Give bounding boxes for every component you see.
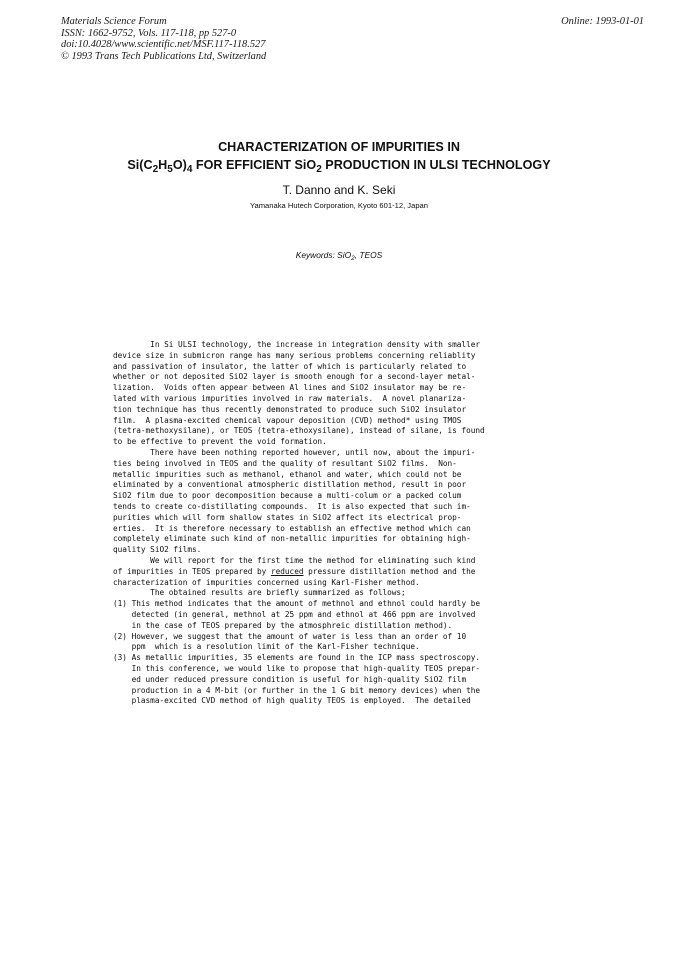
body-line: quality SiO2 films. (113, 545, 613, 556)
issn-line: ISSN: 1662-9752, Vols. 117-118, pp 527-0 (61, 28, 266, 40)
doi-line: doi:10.4028/www.scientific.net/MSF.117-1… (61, 39, 266, 51)
body-line: characterization of impurities concerned… (113, 578, 613, 589)
body-line: lization. Voids often appear between Al … (113, 383, 613, 394)
online-date: Online: 1993-01-01 (561, 16, 644, 28)
title-fragment: O) (173, 158, 187, 172)
body-line: production in a 4 M-bit (or further in t… (113, 686, 613, 697)
title-fragment: H (158, 158, 167, 172)
body-line: (3) As metallic impurities, 35 elements … (113, 653, 613, 664)
body-line: ed under reduced pressure condition is u… (113, 675, 613, 686)
authors: T. Danno and K. Seki (0, 183, 678, 197)
body-line: In this conference, we would like to pro… (113, 664, 613, 675)
journal-name: Materials Science Forum (61, 16, 266, 28)
body-line: ppm which is a resolution limit of the K… (113, 642, 613, 653)
body-line: SiO2 film due to poor decomposition beca… (113, 491, 613, 502)
title-fragment: Si(C (127, 158, 152, 172)
keywords-text: , TEOS (355, 250, 382, 260)
body-line: of impurities in TEOS prepared by reduce… (113, 567, 613, 578)
title-line-2: Si(C2H5O)4 FOR EFFICIENT SiO2 PRODUCTION… (0, 158, 678, 173)
body-line: erties. It is therefore necessary to est… (113, 524, 613, 535)
keywords: Keywords: SiO2, TEOS (0, 250, 678, 261)
body-line: in the case of TEOS prepared by the atmo… (113, 621, 613, 632)
paper-title: CHARACTERIZATION OF IMPURITIES IN Si(C2H… (0, 140, 678, 173)
underlined-word: reduced (271, 567, 304, 576)
body-line: purities which will form shallow states … (113, 513, 613, 524)
body-line: tion technique has thus recently demonst… (113, 405, 613, 416)
body-line: eliminated by a conventional atmospheric… (113, 480, 613, 491)
body-line: lated with various impurities involved i… (113, 394, 613, 405)
body-line: tends to create co-distillating compound… (113, 502, 613, 513)
body-line: In Si ULSI technology, the increase in i… (113, 340, 613, 351)
affiliation: Yamanaka Hutech Corporation, Kyoto 601-1… (0, 201, 678, 211)
body-line: plasma-excited CVD method of high qualit… (113, 696, 613, 707)
copyright-line: © 1993 Trans Tech Publications Ltd, Swit… (61, 51, 266, 63)
body-line: The obtained results are briefly summari… (113, 588, 613, 599)
body-line: ties being involved in TEOS and the qual… (113, 459, 613, 470)
citation-header: Materials Science Forum ISSN: 1662-9752,… (61, 16, 266, 62)
body-line: and passivation of insulator, the latter… (113, 362, 613, 373)
body-line: film. A plasma-excited chemical vapour d… (113, 416, 613, 427)
body-line: There have been nothing reported however… (113, 448, 613, 459)
body-line: completely eliminate such kind of non-me… (113, 534, 613, 545)
body-line: (tetra-methoxysilane), or TEOS (tetra-et… (113, 426, 613, 437)
body-line: whether or not deposited SiO2 layer is s… (113, 372, 613, 383)
body-line: (2) However, we suggest that the amount … (113, 632, 613, 643)
title-line-1: CHARACTERIZATION OF IMPURITIES IN (0, 140, 678, 155)
title-fragment: PRODUCTION IN ULSI TECHNOLOGY (322, 158, 551, 172)
body-line: (1) This method indicates that the amoun… (113, 599, 613, 610)
body-line: metallic impurities such as methanol, et… (113, 470, 613, 481)
keywords-text: Keywords: SiO (296, 250, 351, 260)
body-line: device size in submicron range has many … (113, 351, 613, 362)
body-line: to be effective to prevent the void form… (113, 437, 613, 448)
body-line: We will report for the first time the me… (113, 556, 613, 567)
abstract-body: In Si ULSI technology, the increase in i… (113, 340, 613, 707)
title-fragment: FOR EFFICIENT SiO (192, 158, 316, 172)
body-line: detected (in general, methnol at 25 ppm … (113, 610, 613, 621)
